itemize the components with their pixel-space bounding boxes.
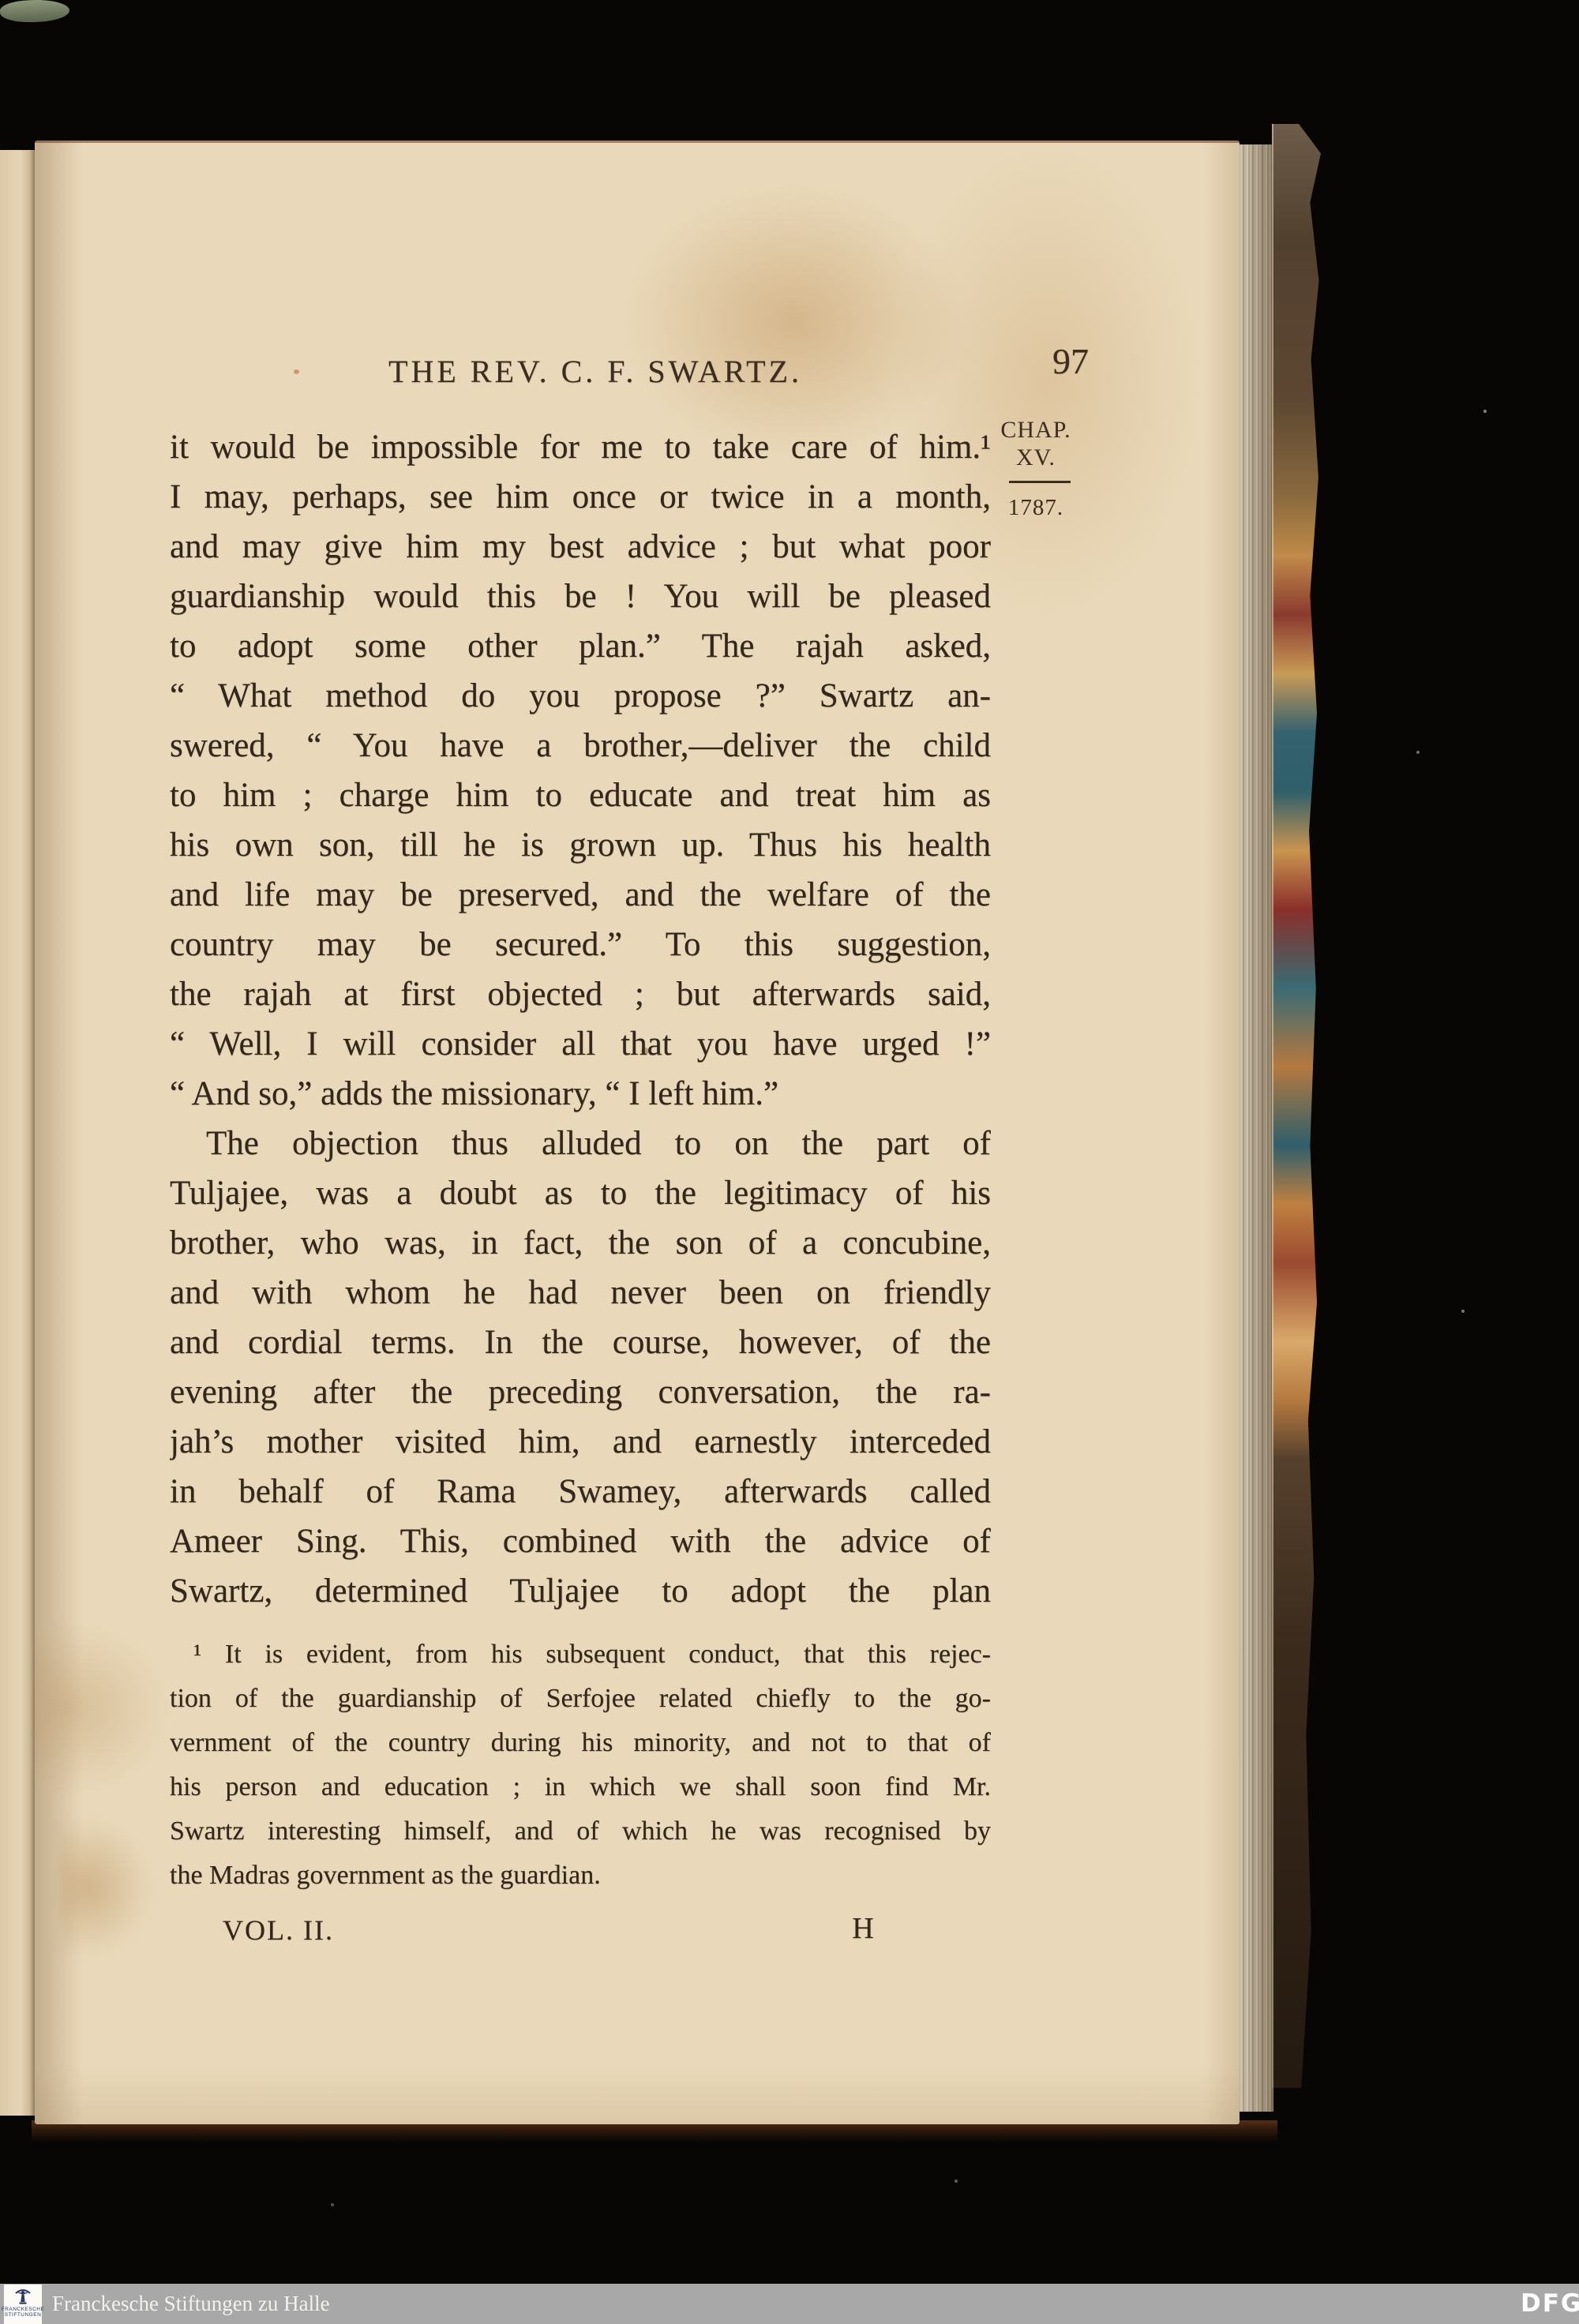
chapter-label: CHAP. bbox=[992, 416, 1080, 444]
page-left-gutter bbox=[0, 150, 36, 2116]
text-line: it would be impossible for me to take ca… bbox=[170, 422, 991, 472]
footnote: ¹ It is evident, from his subsequent con… bbox=[170, 1632, 991, 1898]
institution-label: Franckesche Stiftungen zu Halle bbox=[52, 2284, 330, 2324]
footnote-line: vernment of the country during his minor… bbox=[170, 1721, 991, 1765]
text-line: “ And so,” adds the missionary, “ I left… bbox=[170, 1069, 991, 1119]
running-title: THE REV. C. F. SWARTZ. bbox=[177, 353, 1014, 390]
text-line: swered, “ You have a brother,—deliver th… bbox=[170, 721, 991, 770]
footnote-line: Swartz interesting himself, and of which… bbox=[170, 1809, 991, 1854]
text-line: Swartz, determined Tuljajee to adopt the… bbox=[170, 1566, 991, 1616]
text-line: The objection thus alluded to on the par… bbox=[170, 1119, 991, 1168]
text-line: his own son, till he is grown up. Thus h… bbox=[170, 820, 991, 870]
book-endband bbox=[0, 0, 69, 24]
text-line: brother, who was, in fact, the son of a … bbox=[170, 1218, 991, 1268]
page-number: 97 bbox=[1037, 340, 1104, 382]
text-line: Tuljajee, was a doubt as to the legitima… bbox=[170, 1168, 991, 1218]
text-line: evening after the preceding conversation… bbox=[170, 1367, 991, 1417]
signature-mark: H bbox=[839, 1911, 887, 1946]
logo-caption-line2: STIFTUNGEN bbox=[5, 2312, 42, 2318]
footnote-line: tion of the guardianship of Serfojee rel… bbox=[170, 1677, 991, 1721]
book-cover-marbled-edge bbox=[1272, 124, 1321, 2088]
footnote-line: the Madras government as the guardian. bbox=[170, 1854, 991, 1898]
text-line: and may give him my best advice ; but wh… bbox=[170, 522, 991, 572]
institution-logo: FRANCKESCHE STIFTUNGEN bbox=[4, 2285, 42, 2324]
footnote-line: ¹ It is evident, from his subsequent con… bbox=[170, 1632, 991, 1677]
footnote-line: his person and education ; in which we s… bbox=[170, 1765, 991, 1809]
chapter-numeral: XV. bbox=[992, 444, 1080, 471]
statue-figure-icon bbox=[13, 2286, 32, 2307]
book-page: THE REV. C. F. SWARTZ. 97 CHAP. XV. 1787… bbox=[35, 141, 1240, 2124]
text-line: the rajah at first objected ; but afterw… bbox=[170, 969, 991, 1019]
chapter-note: CHAP. XV. bbox=[992, 416, 1080, 471]
text-line: Ameer Sing. This, combined with the advi… bbox=[170, 1516, 991, 1566]
page-edge-stack bbox=[1237, 144, 1273, 2112]
year-note: 1787. bbox=[992, 495, 1080, 521]
logo-caption-line1: FRANCKESCHE bbox=[2, 2307, 45, 2312]
text-line: to adopt some other plan.” The rajah ask… bbox=[170, 621, 991, 671]
volume-label: VOL. II. bbox=[223, 1914, 334, 1947]
text-line: and life may be preserved, and the welfa… bbox=[170, 870, 991, 920]
foxing-stain bbox=[58, 1816, 153, 1959]
viewer-footer-bar: FRANCKESCHE STIFTUNGEN Franckesche Stift… bbox=[0, 2284, 1579, 2324]
body-text: it would be impossible for me to take ca… bbox=[170, 422, 991, 1616]
text-line: and cordial terms. In the course, howeve… bbox=[170, 1318, 991, 1367]
dust-specks bbox=[0, 0, 2, 2]
text-line: I may, perhaps, see him once or twice in… bbox=[170, 472, 991, 522]
text-line: country may be secured.” To this suggest… bbox=[170, 920, 991, 969]
text-line: “ Well, I will consider all that you hav… bbox=[170, 1019, 991, 1069]
scan-viewer-canvas: THE REV. C. F. SWARTZ. 97 CHAP. XV. 1787… bbox=[0, 0, 1579, 2324]
text-line: in behalf of Rama Swamey, afterwards cal… bbox=[170, 1467, 991, 1516]
text-line: to him ; charge him to educate and treat… bbox=[170, 770, 991, 820]
text-line: jah’s mother visited him, and earnestly … bbox=[170, 1417, 991, 1467]
text-line: “ What method do you propose ?” Swartz a… bbox=[170, 671, 991, 721]
text-line: guardianship would this be ! You will be… bbox=[170, 572, 991, 621]
chapter-rule bbox=[1009, 481, 1071, 483]
text-line: and with whom he had never been on frien… bbox=[170, 1268, 991, 1318]
dfg-logo: DFG bbox=[1521, 2289, 1579, 2318]
